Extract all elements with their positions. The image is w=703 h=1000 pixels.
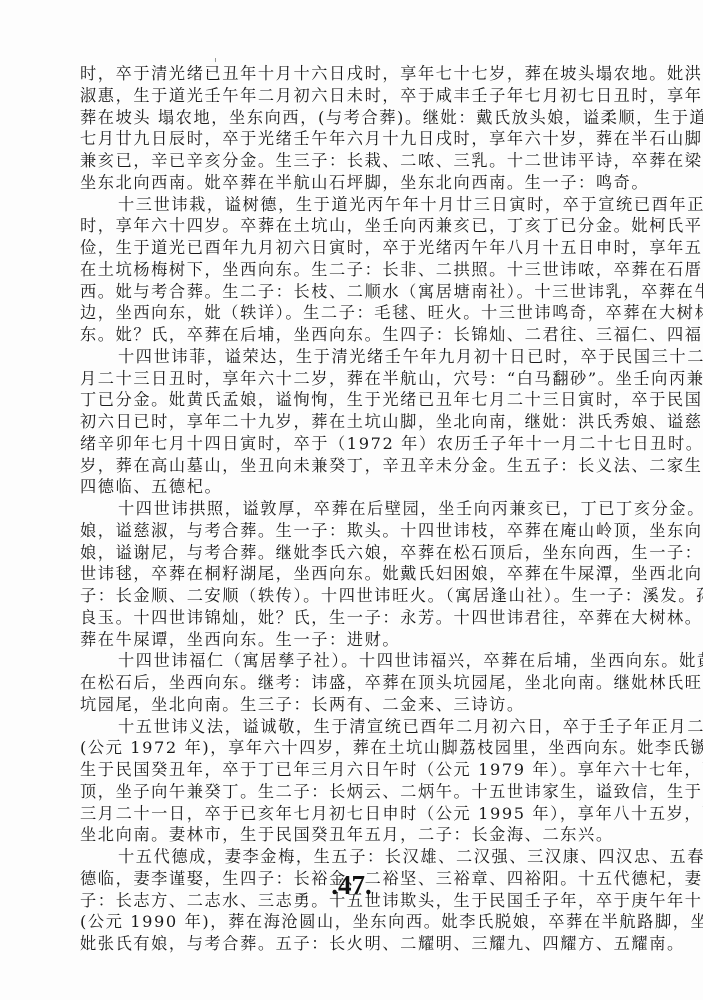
- text-line: 生于民国癸丑年，卒于丁已年三月六日午时（公元 1979 年）。享年六十七年，葬在…: [80, 759, 628, 781]
- text-line: 坑园尾，坐北向南。生三子：长两有、二金来、三诗访。: [80, 694, 628, 716]
- text-line: 妣张氏有娘，与考合葬。五子：长火明、二耀明、三耀九、四耀方、五耀南。: [80, 933, 628, 955]
- text-line: 坐东北向西南。妣卒葬在半航山石坪脚，坐东北向西南。生一子：鸣奇。: [80, 172, 628, 194]
- text-line: (公元 1972 年)，享年六十四岁，葬在土坑山脚荔枝园里，坐西向东。妣李氏镞娘…: [80, 737, 628, 759]
- text-line: 十五代德成，妻李金梅，生五子：长汉雄、二汉强、三汉康、四汉忠、五春其。十五代: [80, 846, 628, 868]
- text-line: 三月二十一日，卒于已亥年七月初七日申时（公元 1995 年），享年八十五岁，葬在…: [80, 803, 628, 825]
- text-line: 兼亥已，辛已辛亥分金。生三子：长栽、二哝、三乳。十二世讳平诗，卒葬在梁山公崎脚，: [80, 150, 628, 172]
- text-line: 十五世讳义法，谥诚敬，生于清宣统已酉年二月初六日，卒于壬子年正月二十五日丑时: [80, 716, 628, 738]
- text-line: 子：长金顺、二安顺（轶传）。十四世讳旺火。（寓居逢山社）。生一子：溪发。孙：良荣…: [80, 585, 628, 607]
- text-line: 娘，谥慈淑，与考合葬。生一子：欺头。十四世讳枝，卒葬在庵山岭顶，坐东向西，妣粮: [80, 520, 628, 542]
- text-line: 良玉。十四世讳锦灿，妣？氏，生一子：永芳。十四世讳君往，卒葬在大树林。妣？氏，卒: [80, 607, 628, 629]
- paragraph-3: 十四世讳拱照，谥敦厚，卒葬在后壁园，坐壬向丙兼亥已，丁已丁亥分金。妣李淑汝 娘，…: [80, 498, 628, 650]
- paragraph-0: 时，卒于清光绪已丑年十月十六日戌时，享年七十七岁，葬在坡头塌农地。妣洪氏理娘，谥…: [80, 63, 628, 194]
- text-line: 月二十三日丑时，享年六十二岁，葬在半航山，穴号：“白马翻砂”。坐壬向丙兼亥已、丁…: [80, 368, 628, 390]
- text-line: 初六日已时，享年二十九岁，葬在土坑山脚，坐北向南，继妣：洪氏秀娘、谥慈惠。生于光: [80, 411, 628, 433]
- text-line: 坐北向南。妻林市，生于民国癸丑年五月，二子：长金海、二东兴。: [80, 824, 628, 846]
- text-line: 七月廿九日辰时，卒于光绪壬午年六月十九日戌时，享年六十岁，葬在半石山脚，坐壬向丙: [80, 128, 628, 150]
- text-line: 在土坑杨梅树下，坐西向东。生二子：长非、二拱照。十三世讳哝，卒葬在石厝湖，坐东向: [80, 259, 628, 281]
- text-line: 四德临、五德杞。: [80, 476, 628, 498]
- text-line: 葬在牛屎谭，坐西向东。生一子：进财。: [80, 629, 628, 651]
- text-line: 俭，生于道光已酉年九月初六日寅时，卒于光绪丙午年八月十五日申时，享年五十八岁，葬: [80, 237, 628, 259]
- text-line: 淑惠，生于道光壬午年二月初六日未时，卒于咸丰壬子年七月初七日丑时，享年三十二岁，: [80, 85, 628, 107]
- text-line: 岁，葬在高山墓山，坐丑向未兼癸丁，辛丑辛未分金。生五子：长义法、二家生、三德成、: [80, 455, 628, 477]
- genealogy-text-body: 时，卒于清光绪已丑年十月十六日戌时，享年七十七岁，葬在坡头塌农地。妣洪氏理娘，谥…: [80, 63, 628, 955]
- text-line: 十四世讳拱照，谥敦厚，卒葬在后壁园，坐壬向丙兼亥已，丁已丁亥分金。妣李淑汝: [80, 498, 628, 520]
- text-line: 葬在坡头 塌农地，坐东向西，(与考合葬)。继妣：戴氏放头娘，谥柔顺，生于道光癸未…: [80, 107, 628, 129]
- text-line: 十三世讳栽，谥树德，生于道光丙午年十月廿三日寅时，卒于宣统已酉年正月初六日戌: [80, 194, 628, 216]
- paragraph-5: 十五世讳义法，谥诚敬，生于清宣统已酉年二月初六日，卒于壬子年正月二十五日丑时 (…: [80, 716, 628, 847]
- page-number: .47.: [0, 870, 703, 901]
- paragraph-4: 十四世讳福仁（寓居孳子社）。十四世讳福兴，卒葬在后埔，坐西向东。妣黄氏，卒葬 在…: [80, 650, 628, 715]
- paragraph-1: 十三世讳栽，谥树德，生于道光丙午年十月廿三日寅时，卒于宣统已酉年正月初六日戌 时…: [80, 194, 628, 346]
- text-line: 十四世讳福仁（寓居孳子社）。十四世讳福兴，卒葬在后埔，坐西向东。妣黄氏，卒葬: [80, 650, 628, 672]
- text-line: 时，卒于清光绪已丑年十月十六日戌时，享年七十七岁，葬在坡头塌农地。妣洪氏理娘，谥: [80, 63, 628, 85]
- text-line: 在松石后，坐西向东。继考：讳盛，卒葬在顶头坑园尾，坐北向南。继妣林氏旺娘，卒葬在: [80, 672, 628, 694]
- text-line: 世讳毬，卒葬在桐籽湖尾，坐西向东。妣戴氏妇困娘，卒葬在牛屎潭，坐西北向东南。生二: [80, 563, 628, 585]
- paragraph-2: 十四世讳菲，谥荣达，生于清光绪壬午年九月初十日已时，卒于民国三十二年癸未年四 月…: [80, 346, 628, 498]
- document-page: 时，卒于清光绪已丑年十月十六日戌时，享年七十七岁，葬在坡头塌农地。妣洪氏理娘，谥…: [0, 0, 703, 1000]
- text-line: 东。妣？氏，卒葬在后埔，坐西向东。生四子：长锦灿、二君往、三福仁、四福兴。: [80, 324, 628, 346]
- text-line: 十四世讳菲，谥荣达，生于清光绪壬午年九月初十日已时，卒于民国三十二年癸未年四: [80, 346, 628, 368]
- text-line: 娘，谥谢尼，与考合葬。继妣李氏六娘，卒葬在松石顶后，坐东向西，生一子：润木。十四: [80, 542, 628, 564]
- text-line: 时，享年六十四岁。卒葬在土坑山，坐壬向丙兼亥已，丁亥丁已分金。妣柯氏平娘，谥慎: [80, 215, 628, 237]
- text-line: 西。妣与考合葬。生二子：长枝、二顺水（寓居塘南社）。十三世讳乳，卒葬在牛屎潭旧坟: [80, 281, 628, 303]
- text-line: 边，坐西向东，妣（轶详）。生二子：毛毬、旺火。十三世讳鸣奇，卒葬在大树林，坐西向: [80, 302, 628, 324]
- text-line: 丁已分金。妣黄氏孟娘，谥恂恂，生于光绪已丑年七月二十三日寅时，卒于民国丁已年十月: [80, 389, 628, 411]
- text-line: 绪辛卯年七月十四日寅时，卒于（1972 年）农历壬子年十一月二十七日丑时。享年八…: [80, 433, 628, 455]
- scan-speck: [215, 58, 216, 62]
- text-line: (公元 1990 年)，葬在海沧圆山，坐东向西。妣李氏脱娘，卒葬在半航路脚，坐西…: [80, 911, 628, 933]
- text-line: 顶，坐子向午兼癸丁。生二子：长炳云、二炳午。十五世讳家生，谥致信，生于宣统辛亥年: [80, 781, 628, 803]
